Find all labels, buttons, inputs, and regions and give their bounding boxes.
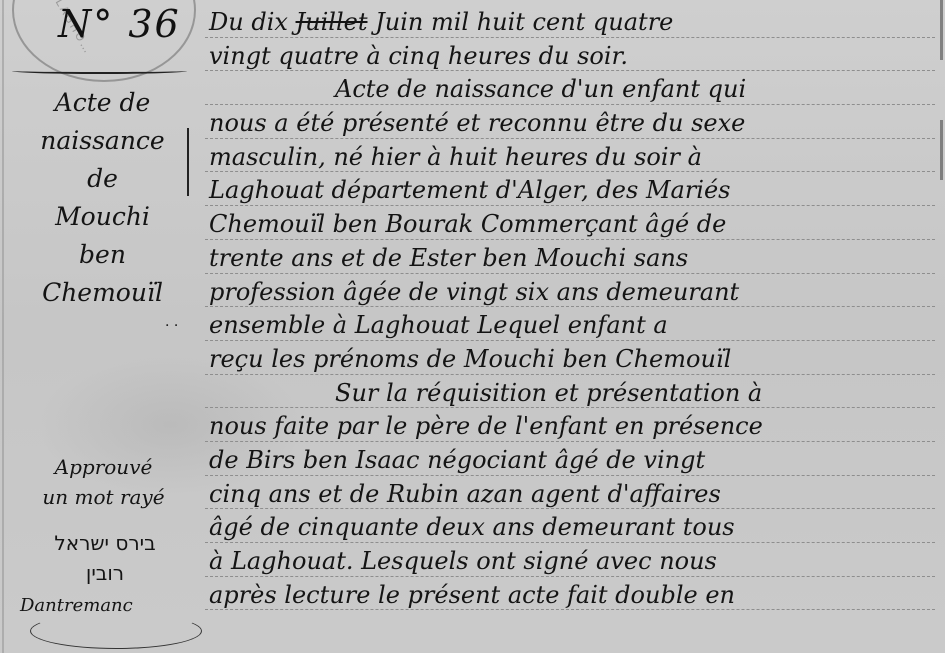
text-line: Sur la réquisition et présentation à <box>205 375 935 409</box>
text-line: vingt quatre à cinq heures du soir. <box>205 38 935 72</box>
margin-title-line: ben <box>10 236 195 274</box>
approval-line: Approuvé <box>6 452 201 482</box>
text-line: nous a été présenté et reconnu être du s… <box>205 105 935 139</box>
margin-title: Acte de naissance de Mouchi ben Chemouïl <box>10 84 195 312</box>
margin-title-line: Mouchi <box>10 198 195 236</box>
text-line: reçu les prénoms de Mouchi ben Chemouïl <box>205 341 935 375</box>
act-number: N° 36 <box>58 2 181 46</box>
text-segment: Juin mil huit cent quatre <box>367 8 673 36</box>
page-edge <box>2 0 4 653</box>
text-line: nous faite par le père de l'enfant en pr… <box>205 408 935 442</box>
text-line: Acte de naissance d'un enfant qui <box>205 71 935 105</box>
page-edge-right <box>940 0 943 653</box>
text-line: profession âgée de vingt six ans demeura… <box>205 274 935 308</box>
act-number-value: 36 <box>128 2 180 46</box>
officer-signature: Dantremanc <box>20 595 190 616</box>
approval-line: un mot rayé <box>6 482 201 512</box>
text-line: ensemble à Laghouat Lequel enfant a <box>205 307 935 341</box>
hebrew-signature-line: רובין <box>40 558 170 588</box>
margin-title-line: Acte de <box>10 84 195 122</box>
text-line: de Birs ben Isaac négociant âgé de vingt <box>205 442 935 476</box>
hebrew-signature-line: בירס ישראל <box>40 528 170 558</box>
struck-word: Juillet <box>296 8 368 36</box>
margin-title-line: Chemouïl <box>10 274 195 312</box>
margin-title-line: naissance <box>10 122 195 160</box>
document-scan: …IE de LAGHO… N° 36 Acte de naissance de… <box>0 0 945 653</box>
act-number-label: N° <box>58 2 114 46</box>
text-line: Chemouïl ben Bourak Commerçant âgé de <box>205 206 935 240</box>
text-segment: Du dix <box>209 8 296 36</box>
text-line: masculin, né hier à huit heures du soir … <box>205 139 935 173</box>
text-line: Laghouat département d'Alger, des Mariés <box>205 172 935 206</box>
text-line: âgé de cinquante deux ans demeurant tous <box>205 509 935 543</box>
text-line: cinq ans et de Rubin azan agent d'affair… <box>205 476 935 510</box>
hebrew-signatures: בירס ישראל רובין <box>40 528 170 588</box>
margin-title-line: de <box>10 160 195 198</box>
margin-bracket <box>187 128 189 196</box>
text-line: après lecture le présent acte fait doubl… <box>205 577 935 611</box>
ink-specks: · · <box>165 318 178 334</box>
text-line: Du dix Juillet Juin mil huit cent quatre <box>205 4 935 38</box>
flourish-underline <box>12 68 187 74</box>
text-line: trente ans et de Ester ben Mouchi sans <box>205 240 935 274</box>
text-line: à Laghouat. Lesquels ont signé avec nous <box>205 543 935 577</box>
record-body: Du dix Juillet Juin mil huit cent quatre… <box>205 4 935 610</box>
approval-note: Approuvé un mot rayé <box>6 452 201 512</box>
